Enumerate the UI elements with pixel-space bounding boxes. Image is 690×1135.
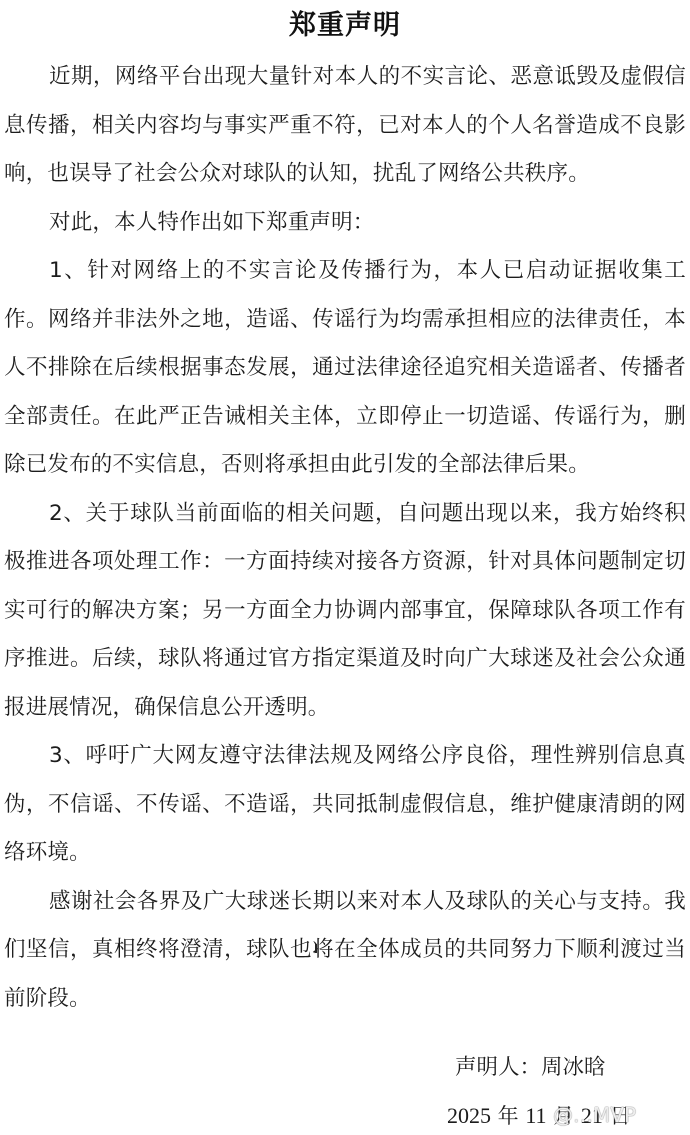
paragraph-declaration-lead: 对此，本人特作出如下郑重声明： bbox=[4, 199, 686, 248]
document-page: 郑重声明 近期，网络平台出现大量针对本人的不实言论、恶意诋毁及虚假信息传播，相关… bbox=[0, 0, 690, 1135]
signature-line: 声明人：周冰晗 bbox=[455, 1050, 606, 1086]
date-year-unit: 年 bbox=[491, 1104, 525, 1128]
signature-label: 声明人： bbox=[455, 1055, 541, 1080]
date-month: 11 bbox=[525, 1103, 546, 1128]
document-title: 郑重声明 bbox=[0, 6, 690, 46]
document-body: 近期，网络平台出现大量针对本人的不实言论、恶意诋毁及虚假信息传播，相关内容均与事… bbox=[4, 53, 686, 1023]
paragraph-point-1: 1、针对网络上的不实言论及传播行为，本人已启动证据收集工作。网络并非法外之地，造… bbox=[4, 247, 686, 490]
date-year: 2025 bbox=[447, 1103, 491, 1128]
paragraph-intro: 近期，网络平台出现大量针对本人的不实言论、恶意诋毁及虚假信息传播，相关内容均与事… bbox=[4, 53, 686, 199]
paragraph-point-3: 3、呼吁广大网友遵守法律法规及网络公序良俗，理性辨别信息真伪，不信谣、不传谣、不… bbox=[4, 732, 686, 878]
paragraph-closing: 感谢社会各界及广大球迷长期以来对本人及球队的关心与支持。我们坚信，真相终将澄清，… bbox=[4, 878, 686, 1024]
text-cursor-mark bbox=[315, 944, 317, 953]
paragraph-point-2: 2、关于球队当前面临的相关问题，自问题出现以来，我方始终积极推进各项处理工作：一… bbox=[4, 490, 686, 733]
signatory-name: 周冰晗 bbox=[541, 1055, 606, 1080]
watermark: @…MVP bbox=[553, 1100, 636, 1130]
